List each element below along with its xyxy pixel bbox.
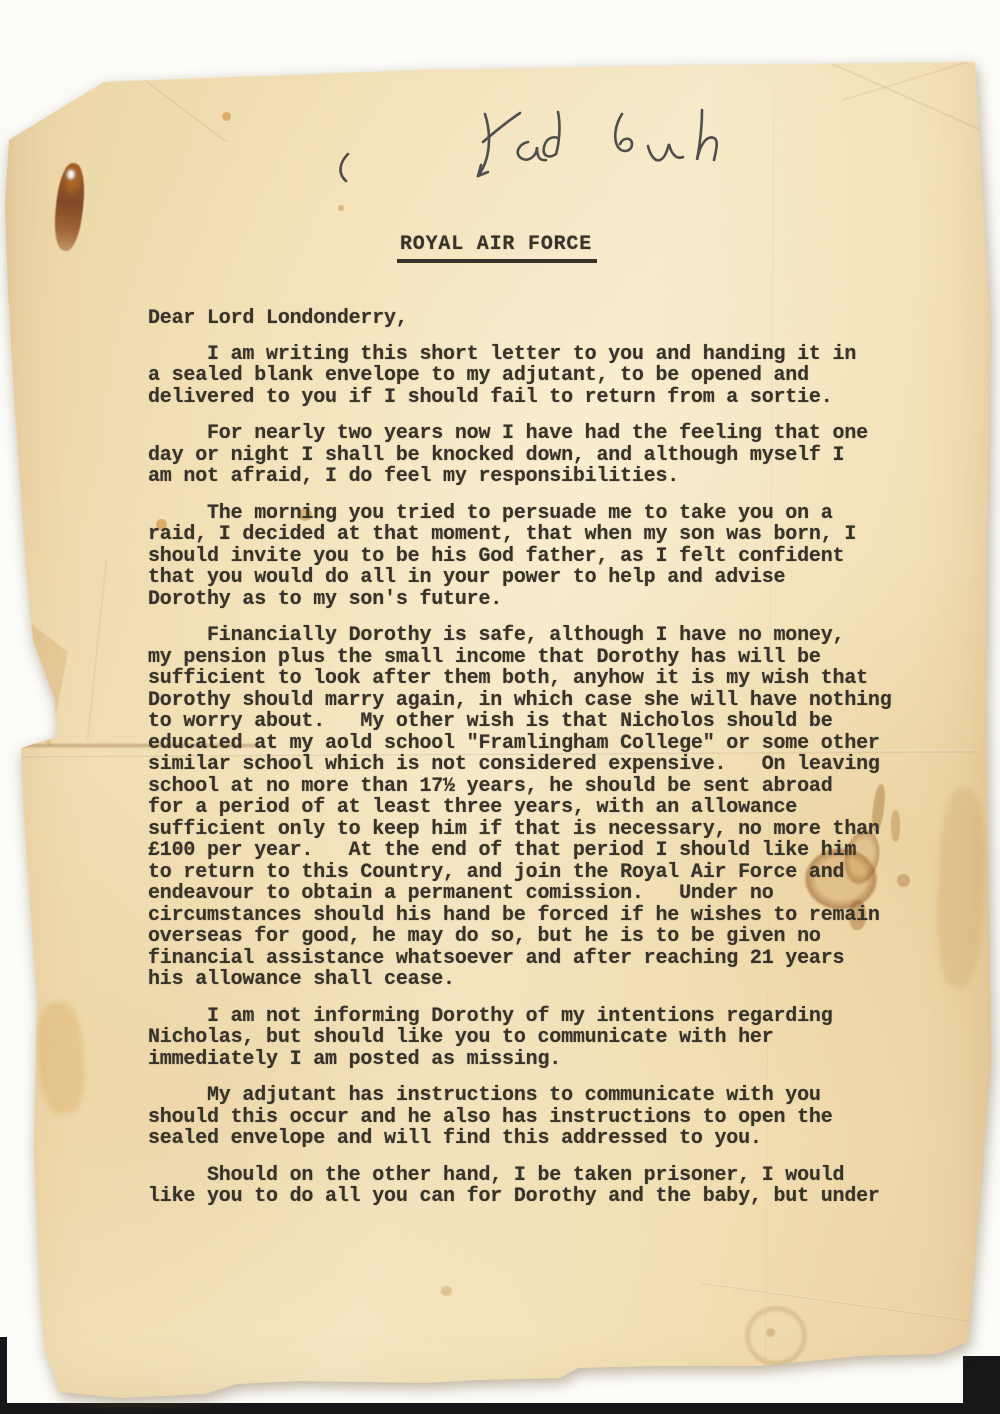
- crease-top-left: [107, 51, 228, 143]
- letter-paragraph: The morning you tried to persuade me to …: [148, 503, 938, 611]
- letter-paragraph: I am not informing Dorothy of my intenti…: [148, 1006, 938, 1071]
- ink-spot: [222, 112, 231, 121]
- ink-spot: [441, 1286, 452, 1296]
- crease-left: [87, 560, 108, 739]
- rust-stain: [51, 162, 87, 252]
- ring-stain: [745, 1306, 807, 1366]
- crease-bottom-right: [701, 1282, 988, 1324]
- pin-hole: [65, 167, 77, 181]
- handwritten-scrawl: [330, 96, 750, 196]
- letter-heading: ROYAL AIR FORCE: [397, 234, 597, 263]
- letter-paragraph: I am writing this short letter to you an…: [148, 344, 938, 409]
- ink-spot: [338, 205, 344, 211]
- left-edge-stain: [34, 1001, 88, 1116]
- letter-paragraph: Financially Dorothy is safe, although I …: [148, 625, 938, 991]
- left-edge-fold: [20, 615, 68, 747]
- right-edge-stain: [935, 787, 988, 988]
- letter-paragraph: Should on the other hand, I be taken pri…: [148, 1165, 938, 1208]
- salutation: Dear Lord Londonderry,: [148, 308, 938, 330]
- ring-stain-dot: [766, 1328, 775, 1337]
- crease-top-right: [801, 49, 1000, 142]
- paper-shadow: ROYAL AIR FORCE Dear Lord Londonderry, I…: [0, 0, 1000, 1414]
- letter-paragraph: For nearly two years now I have had the …: [148, 423, 938, 488]
- crease-top-right-2: [842, 41, 1000, 101]
- letter-page: ROYAL AIR FORCE Dear Lord Londonderry, I…: [0, 0, 1000, 1414]
- letter-paragraph: My adjutant has instructions to communic…: [148, 1085, 938, 1150]
- scanned-letter: ROYAL AIR FORCE Dear Lord Londonderry, I…: [0, 0, 1000, 1414]
- letter-body: Dear Lord Londonderry, I am writing this…: [148, 308, 938, 1223]
